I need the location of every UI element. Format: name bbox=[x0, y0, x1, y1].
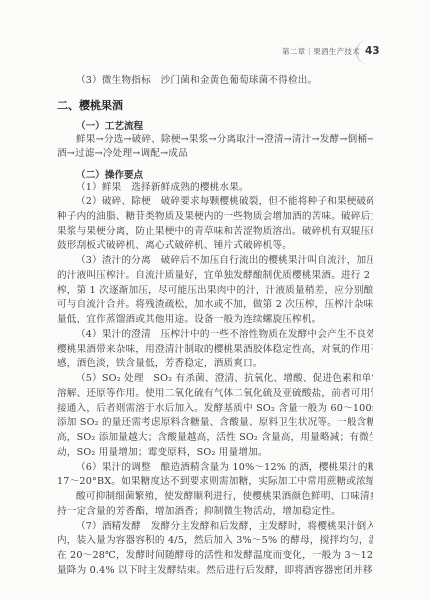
body-line: （7）酒精发酵 发酵分主发酵和后发酵，主发酵时，将樱桃果汁倒入容器 bbox=[57, 519, 373, 534]
page-number: 43 bbox=[365, 45, 380, 57]
body-line: 的汁液叫压榨汁。自流汁质量好，宜单独发酵酿制优质樱桃果酒。进行 2 次压 bbox=[57, 268, 373, 283]
body-line: 在 20～28℃，发酵时间随酵母的活性和发酵温度而变化，一般为 3～12d，残糖 bbox=[57, 548, 373, 563]
body-line: 高，SO₂ 添加量越大；含酸量越高，活性 SO₂ 含量高，用量略减；有微生物活 bbox=[57, 430, 373, 445]
body-line: 鼓形刮板式破碎机、离心式破碎机、锤片式破碎机等。 bbox=[57, 238, 373, 253]
body-line: 果浆与果梗分离，防止果梗中的青草味和苦涩物质溶出。破碎机有双辊压破机、 bbox=[57, 224, 373, 239]
body-line: 内，装入量为容器容积的 4/5，然后加入 3%～5% 的酵母，搅拌均匀，温度控制 bbox=[57, 533, 373, 548]
body-line: 溶解、还原等作用。使用二氧化硫有气体二氧化硫及亚硫酸盐，前者可用管道直 bbox=[57, 386, 373, 401]
process-flow-line: 鲜果→分选→破碎、除梗→果浆→分离取汁→澄清→清汁→发酵→倒桶→储 bbox=[57, 132, 373, 147]
body-line: 种子内的油脂、糖苷类物质及果梗内的一些物质会增加酒的苦味。破碎后立即将 bbox=[57, 209, 373, 224]
prev-item-paragraph: （3）微生物指标 沙门菌和金黄色葡萄球菌不得检出。 bbox=[57, 73, 373, 88]
body-line: 感，酒色淡，铁含量低，芳香稳定，酒质爽口。 bbox=[57, 356, 373, 371]
body-line: （1）鲜果 选择新鲜成熟的樱桃水果。 bbox=[57, 180, 373, 195]
running-head: 第二章｜果酒生产技术 bbox=[282, 46, 360, 57]
section-title: 二、樱桃果酒 bbox=[57, 97, 123, 113]
body-line: （2）破碎、除梗 破碎要求每颗樱桃破裂，但不能将种子和果梗破碎，否则 bbox=[57, 194, 373, 209]
body-line: 量低，宜作蒸馏酒或其他用途。设备一般为连续螺旋压榨机。 bbox=[57, 312, 373, 327]
book-page: 第二章｜果酒生产技术 43 （3）微生物指标 沙门菌和金黄色葡萄球菌不得检出。 … bbox=[0, 0, 429, 600]
body-line: （3）渣汁的分离 破碎后不加压自行流出的樱桃果汁叫自流汁，加压后流出 bbox=[57, 253, 373, 268]
body-line: 添加 SO₂ 的量还需考虑原料含糖量、含酸量、原料卫生状况等。一般含糖量越 bbox=[57, 415, 373, 430]
body-line: 可与自流汁合并。将残渣疏松，加水或不加，做第 2 次压榨，压榨汁杂味重，质 bbox=[57, 297, 373, 312]
body-line: （5）SO₂ 处理 SO₂ 有杀菌、澄清、抗氧化、增酸、促进色素和单宁物质 bbox=[57, 371, 373, 386]
body-line: 酸可抑制细菌繁殖，使发酵顺利进行，使樱桃果酒颜色鲜明、口味清爽，保 bbox=[57, 489, 373, 504]
body-line: 樱桃果酒带来杂味，用澄清汁制取的樱桃果酒胶体稳定性高，对氧的作用不敏 bbox=[57, 342, 373, 357]
body-line: （4）果汁的澄清 压榨汁中的一些不溶性物质在发酵中会产生不良效果，给 bbox=[57, 327, 373, 342]
process-flow-line: 酒→过滤→冷处理→调配→成品 bbox=[57, 146, 373, 161]
body-line: 持一定含量的芳香酯，增加酒香；抑制微生物活动，增加稳定性。 bbox=[57, 504, 373, 519]
subsection-title-process: （一）工艺流程 bbox=[76, 118, 143, 132]
body-line: （6）果汁的调整 酿造酒精含量为 10%～12% 的酒，樱桃果汁的糖度为 bbox=[57, 460, 373, 475]
subsection-title-key-points: （二）操作要点 bbox=[76, 167, 143, 181]
body-line: 量降为 0.4% 以下时主发酵结束。然后进行后发酵，即将酒容器密闭并移至酒 bbox=[57, 563, 373, 578]
body-line: 接通入，后者则需溶于水后加入。发酵基质中 SO₂ 含量一般为 60～100mg/… bbox=[57, 401, 373, 416]
page-number-badge: 43 bbox=[356, 40, 386, 66]
body-line: 17～20°BX。如果糖度达不到要求则需加糖，实际加工中常用蔗糖或浓缩汁。 bbox=[57, 474, 373, 489]
body-line: 榨，第 1 次逐渐加压，尽可能压出果肉中的汁，汁液质量稍差，应分别酿造，也 bbox=[57, 283, 373, 298]
body-line: 动，SO₂ 用量增加；霉变原料，SO₂ 用量增加。 bbox=[57, 445, 373, 460]
